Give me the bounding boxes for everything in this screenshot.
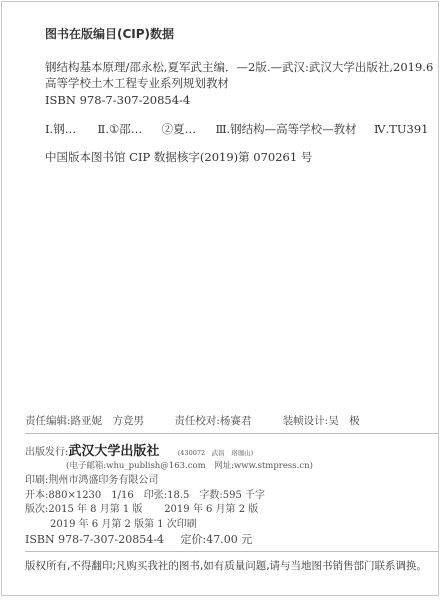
classification-iii: Ⅲ.钢结构—高等学校—教材 (215, 122, 356, 136)
edition-line: 版次:2015 年 8 月第 1 版 2019 年 6 月第 2 版 (25, 505, 258, 515)
isbn-price-line: ISBN 978-7-307-20854-4 定价:47.00 元 (25, 534, 252, 545)
classification-ii-2: ②夏… (162, 122, 197, 136)
classification-ii-1: Ⅱ.①邵… (98, 122, 143, 136)
cip-description: 钢结构基本原理/邵永松,夏军武主编．—2版.—武汉:武汉大学出版社,2019.6 (45, 62, 433, 74)
format: 开本:880×1230 1/16 印张:18.5 字数:595 千字 (25, 491, 265, 501)
cip-number: 中国版本图书馆 CIP 数据核字(2019)第 070261 号 (45, 152, 312, 164)
credit-designer: 装帧设计:吴 极 (283, 416, 360, 427)
price: 定价:47.00 元 (181, 533, 253, 546)
publisher-line: 出版发行:武汉大学出版社 (430072 武昌 珞珈山) (25, 445, 253, 458)
cip-heading: 图书在版编目(CIP)数据 (45, 28, 174, 40)
divider-bottom (25, 551, 439, 552)
publisher-name: 武汉大学出版社 (68, 444, 159, 459)
printing: 2019 年 6 月第 2 版第 1 次印刷 (50, 520, 197, 530)
imprint-isbn: ISBN 978-7-307-20854-4 (25, 534, 177, 545)
credit-editor: 责任编辑:路亚妮 方竞男 (25, 416, 171, 427)
copyright-page: 图书在版编目(CIP)数据 钢结构基本原理/邵永松,夏军武主编．—2版.—武汉:… (1, 1, 439, 596)
cip-series: 高等学校土木工程专业系列规划教材 (45, 78, 229, 90)
credits-line: 责任编辑:路亚妮 方竞男 责任校对:杨赛君 装帧设计:吴 极 (25, 416, 360, 427)
copyright-notice: 版权所有,不得翻印;凡购买我社的图书,如有质量问题,请与当地图书销售部门联系调换… (25, 561, 427, 572)
cip-classification: Ⅰ.钢… Ⅱ.①邵… ②夏… Ⅲ.钢结构—高等学校—教材 Ⅳ.TU391 (45, 124, 428, 136)
publisher-contact: (电子邮箱:whu_publish@163.com 网址:www.stmpres… (66, 462, 313, 471)
divider-top (25, 433, 439, 434)
edition-first: 版次:2015 年 8 月第 1 版 (25, 505, 161, 515)
credit-proofreader: 责任校对:杨赛君 (174, 416, 279, 427)
publisher-label: 出版发行: (25, 447, 68, 458)
cip-isbn: ISBN 978-7-307-20854-4 (45, 95, 190, 107)
edition-second: 2019 年 6 月第 2 版 (164, 504, 258, 515)
printer: 印刷:荆州市鸿盛印务有限公司 (25, 476, 158, 486)
classification-i: Ⅰ.钢… (45, 122, 76, 136)
classification-iv: Ⅳ.TU391 (374, 122, 428, 136)
publisher-address: (430072 武昌 珞珈山) (178, 449, 253, 457)
